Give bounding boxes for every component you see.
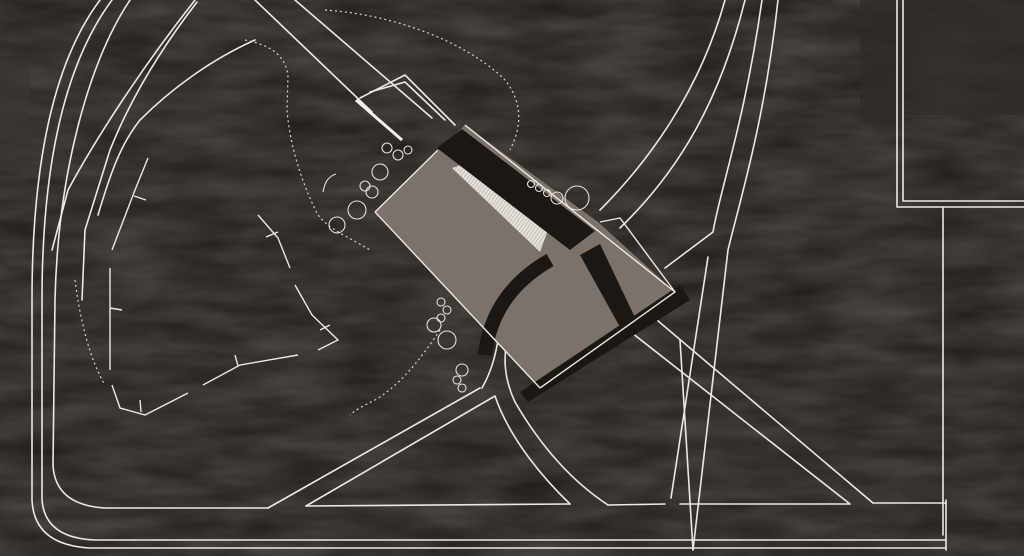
background-patch xyxy=(0,60,30,170)
site-plan-drawing xyxy=(0,0,1024,556)
background-patch xyxy=(860,0,1024,115)
